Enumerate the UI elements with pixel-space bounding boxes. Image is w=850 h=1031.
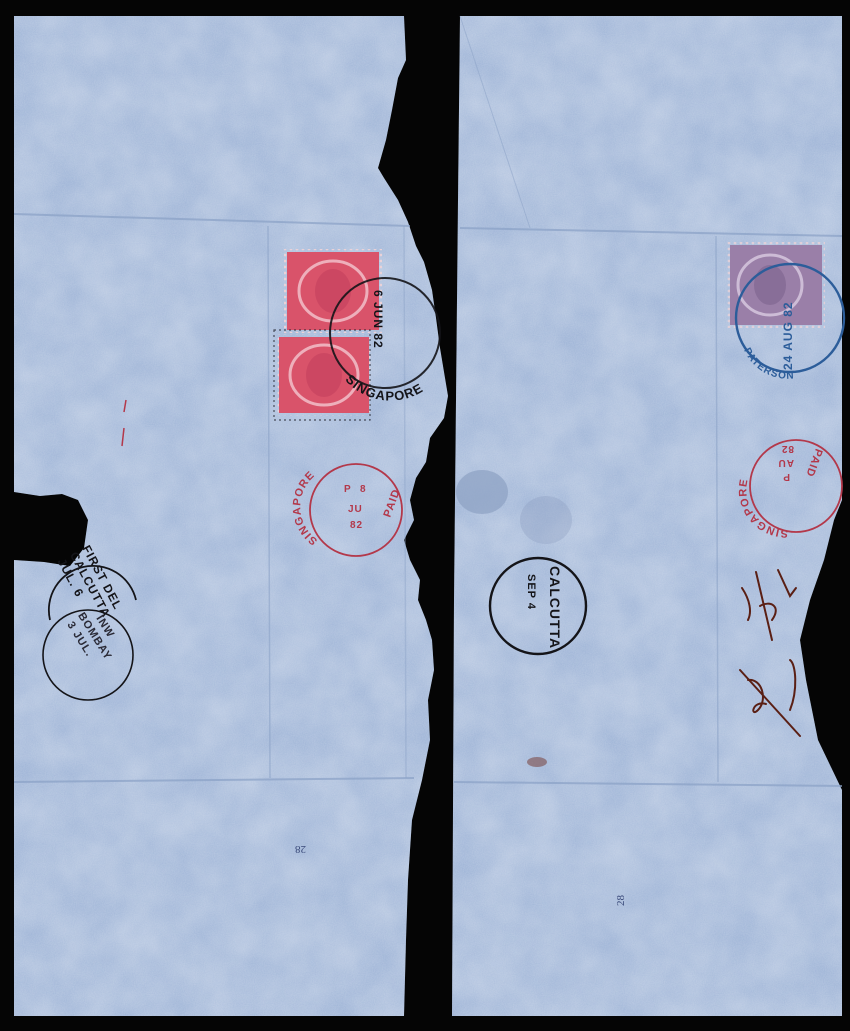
stamp-lilac <box>727 242 825 328</box>
right-sheet <box>452 16 842 1016</box>
left-sheet <box>14 16 448 1016</box>
stamp-pair-red <box>274 249 382 420</box>
postal-cover-photo <box>0 0 850 1031</box>
